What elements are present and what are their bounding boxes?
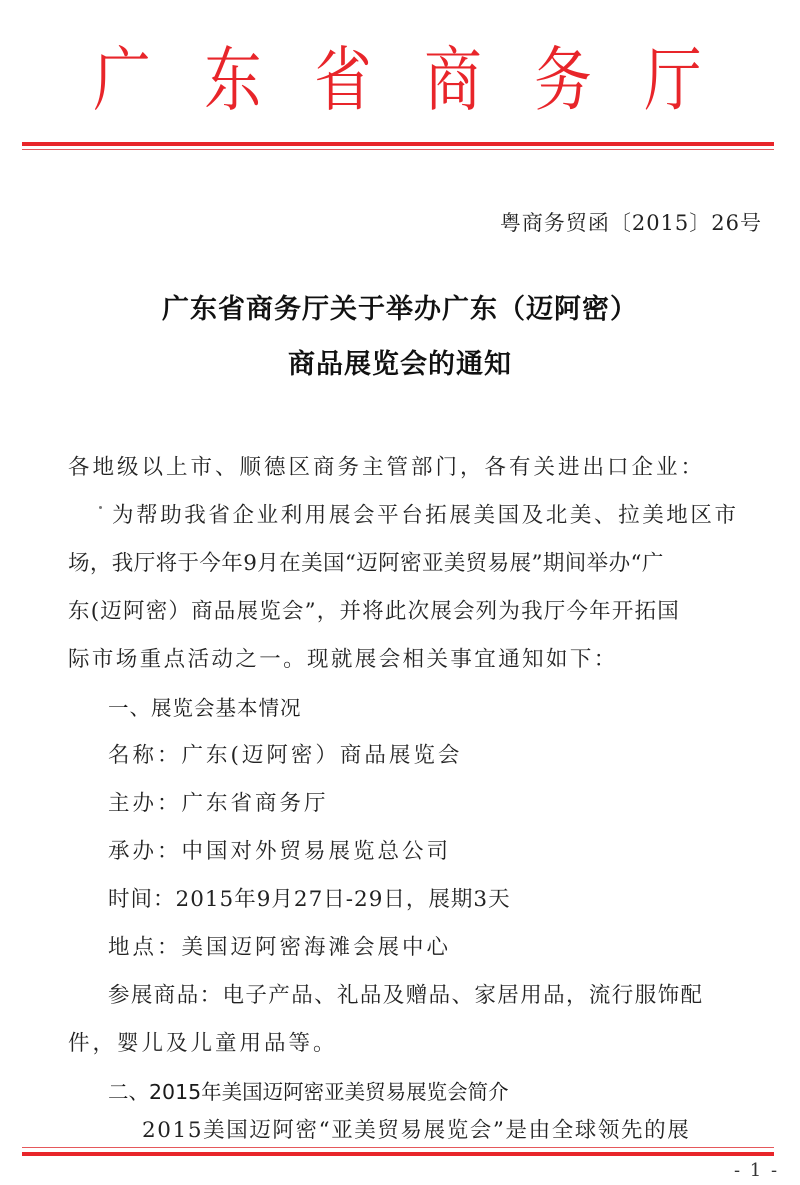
header-divider-thick: [22, 142, 774, 146]
section-1-heading: 一、展览会基本情况: [108, 693, 800, 723]
scan-speck: [99, 506, 102, 509]
intro-paragraph-line: 为帮助我省企业利用展会平台拓展美国及北美、拉美地区市: [112, 501, 800, 531]
intro-paragraph-line: 际市场重点活动之一。现就展会相关事宜通知如下：: [68, 645, 768, 675]
info-label: 承办：: [108, 839, 182, 864]
document-title-line-1: 广东省商务厅关于举办广东（迈阿密）: [0, 287, 800, 326]
products-line-2: 件，婴儿及儿童用品等。: [68, 1029, 768, 1059]
document-number: 粤商务贸函〔2015〕26号: [500, 208, 762, 238]
info-value: 美国迈阿密海滩会展中心: [182, 935, 452, 960]
masthead-char: 务: [530, 40, 596, 120]
salutation: 各地级以上市、顺德区商务主管部门，各有关进出口企业：: [68, 453, 768, 483]
footer-divider-thin: [22, 1147, 774, 1148]
masthead: 广 东 省 商 务 厅: [0, 40, 800, 120]
section-2-paragraph-line: 2015美国迈阿密“亚美贸易展览会”是由全球领先的展: [142, 1116, 800, 1146]
info-row-venue: 地点：美国迈阿密海滩会展中心: [108, 933, 800, 963]
info-label: 主办：: [108, 791, 182, 816]
header-divider-thin: [22, 149, 774, 150]
masthead-char: 广: [89, 40, 155, 120]
document-title-line-2: 商品展览会的通知: [0, 342, 800, 381]
info-label: 地点：: [108, 935, 182, 960]
intro-paragraph-line: 场，我厅将于今年9月在美国“迈阿密亚美贸易展”期间举办“广: [68, 549, 768, 579]
info-label: 名称：: [108, 743, 182, 768]
masthead-char: 东: [200, 40, 266, 120]
info-label: 时间：: [108, 887, 176, 912]
masthead-char: 商: [420, 40, 486, 120]
products-line-1: 参展商品：电子产品、礼品及赠品、家居用品，流行服饰配: [108, 981, 800, 1011]
info-value: 中国对外贸易展览总公司: [182, 839, 452, 864]
page-number: - 1 -: [734, 1160, 779, 1182]
info-row-name: 名称：广东(迈阿密）商品展览会: [108, 741, 800, 771]
intro-paragraph-line: 东(迈阿密）商品展览会”，并将此次展会列为我厅今年开拓国: [68, 597, 768, 627]
masthead-char: 厅: [640, 40, 706, 120]
info-row-host: 主办：广东省商务厅: [108, 789, 800, 819]
info-row-time: 时间：2015年9月27日-29日，展期3天: [108, 885, 800, 915]
footer-divider-thick: [22, 1152, 774, 1156]
info-value: 广东(迈阿密）商品展览会: [182, 743, 463, 768]
section-2-heading: 二、2015年美国迈阿密亚美贸易展览会简介: [108, 1077, 800, 1107]
info-value: 广东省商务厅: [182, 791, 329, 816]
masthead-char: 省: [310, 40, 376, 120]
info-row-organizer: 承办：中国对外贸易展览总公司: [108, 837, 800, 867]
info-value: 2015年9月27日-29日，展期3天: [176, 887, 511, 912]
